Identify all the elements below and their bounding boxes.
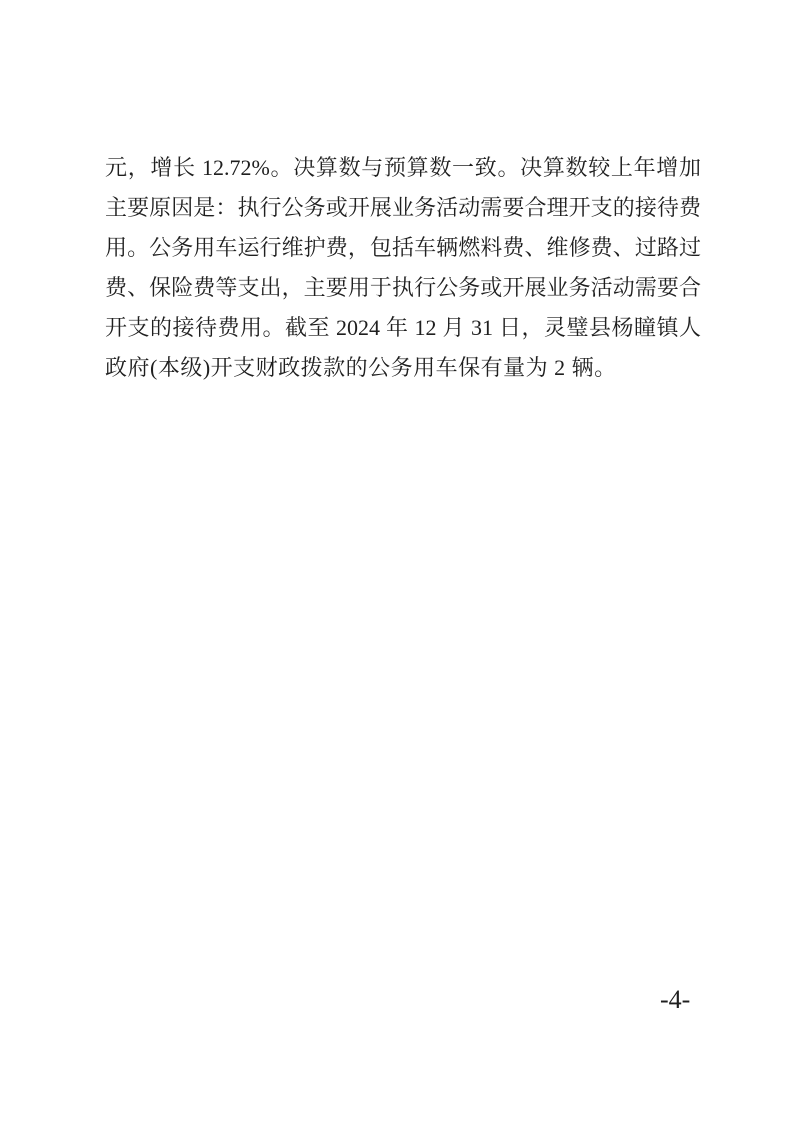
page-number: -4- [660,986,690,1014]
document-page: 元，增长 12.72%。决算数与预算数一致。决算数较上年增加的 主要原因是：执行… [0,0,793,1122]
paragraph-line: 元，增长 12.72%。决算数与预算数一致。决算数较上年增加的 [105,148,701,188]
paragraph-line: 主要原因是：执行公务或开展业务活动需要合理开支的接待费 [105,188,701,228]
paragraph-line: 用。公务用车运行维护费，包括车辆燃料费、维修费、过路过桥 [105,228,701,268]
paragraph-line: 开支的接待费用。截至 2024 年 12 月 31 日，灵璧县杨瞳镇人民 [105,308,701,348]
paragraph-line: 政府(本级)开支财政拨款的公务用车保有量为 2 辆。 [105,348,701,388]
paragraph-line: 费、保险费等支出，主要用于执行公务或开展业务活动需要合理 [105,268,701,308]
body-paragraph: 元，增长 12.72%。决算数与预算数一致。决算数较上年增加的 主要原因是：执行… [105,148,701,388]
